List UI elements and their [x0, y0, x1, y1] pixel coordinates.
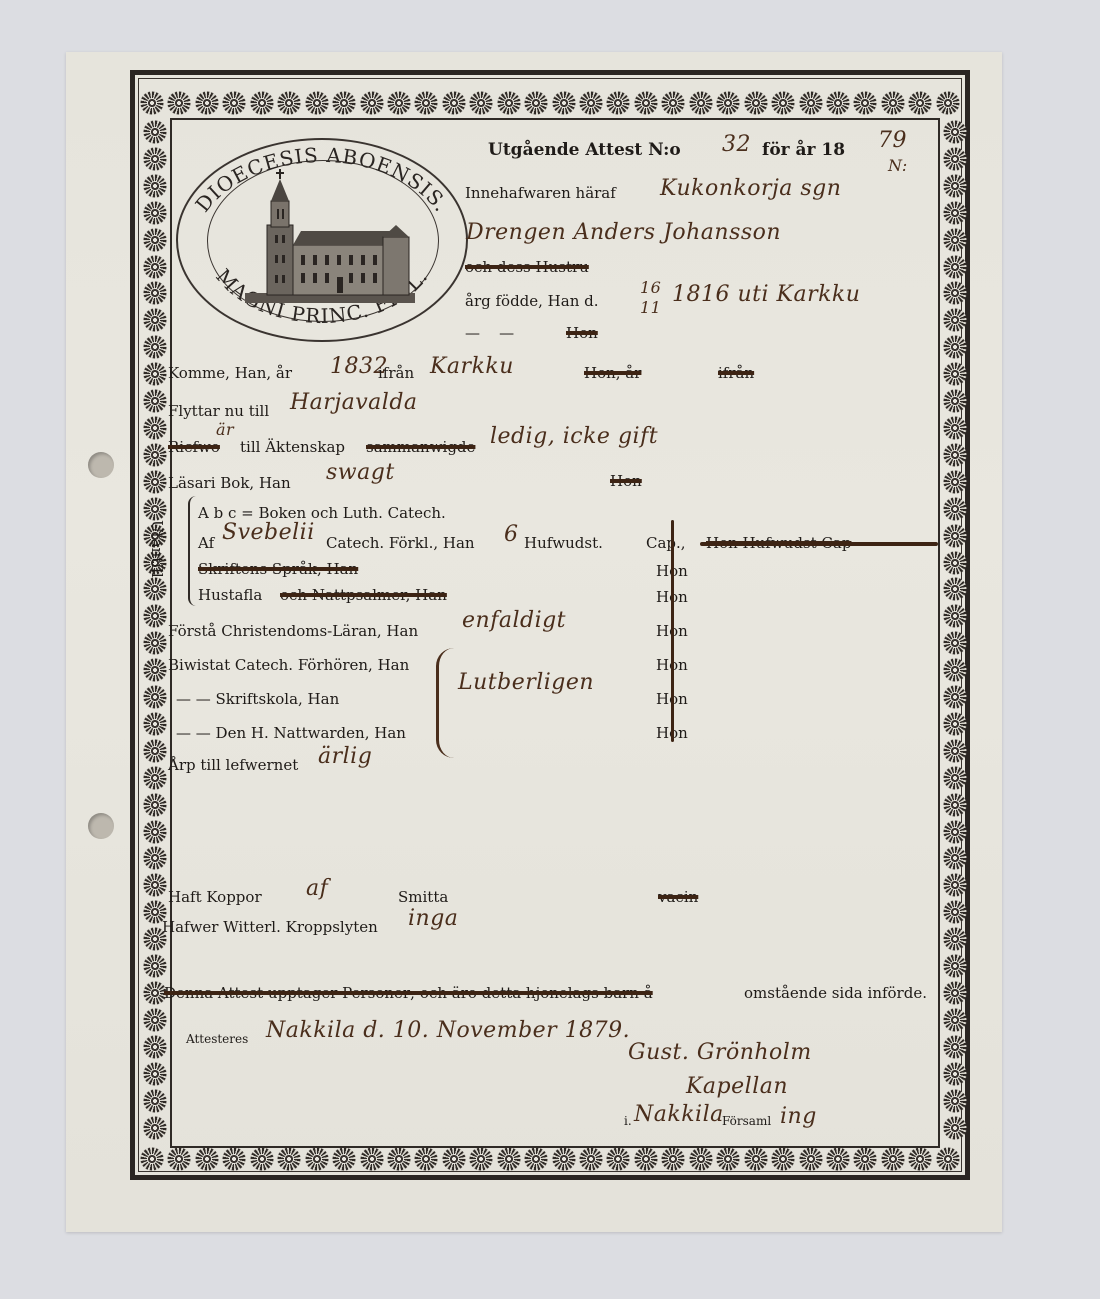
rosette-ornament-icon — [943, 577, 967, 601]
came-label: Komme, Han, år — [168, 364, 292, 382]
rosette-ornament-icon — [716, 1147, 740, 1171]
rosette-ornament-icon — [305, 91, 329, 115]
rosette-ornament-icon — [143, 308, 167, 332]
rosette-ornament-icon — [143, 954, 167, 978]
attest-number: 32 — [722, 132, 751, 157]
rosette-ornament-icon — [943, 739, 967, 763]
rosette-ornament-icon — [853, 1147, 877, 1171]
attestation-label: Attesteres — [186, 1032, 248, 1046]
rosette-ornament-icon — [143, 631, 167, 655]
rosette-ornament-icon — [497, 91, 521, 115]
rosette-ornament-icon — [360, 91, 384, 115]
rosette-ornament-icon — [552, 1147, 576, 1171]
signature-parish-label: Församl — [722, 1114, 771, 1128]
rosette-ornament-icon — [414, 1147, 438, 1171]
rosette-ornament-icon — [143, 416, 167, 440]
rosette-ornament-icon — [195, 91, 219, 115]
rosette-ornament-icon — [469, 1147, 493, 1171]
rosette-ornament-icon — [143, 389, 167, 413]
knowledge-shared-value: Lutberligen — [458, 670, 594, 695]
rosette-ornament-icon — [943, 416, 967, 440]
rosette-ornament-icon — [943, 120, 967, 144]
rosette-ornament-icon — [943, 631, 967, 655]
attest-year-note: N: — [888, 156, 908, 175]
rosette-ornament-icon — [716, 91, 740, 115]
came-from-label: ifrån — [378, 364, 414, 382]
rosette-ornament-icon — [943, 308, 967, 332]
signature-parish: Nakkila — [634, 1102, 724, 1127]
rosette-ornament-icon — [943, 281, 967, 305]
rosette-ornament-icon — [943, 685, 967, 709]
rosette-ornament-icon — [579, 1147, 603, 1171]
marriage-superscript: är — [216, 420, 234, 439]
rosette-ornament-icon — [143, 335, 167, 359]
holder-value-line1: Kukonkorja sgn — [660, 176, 841, 201]
rosette-ornament-icon — [943, 846, 967, 870]
attest-year-suffix: 79 — [878, 128, 907, 153]
rosette-ornament-icon — [943, 1062, 967, 1086]
knowledge-christendom-value: enfaldigt — [462, 608, 566, 633]
utantill-hufwudst: Hufwudst. — [524, 534, 603, 552]
utantill-item-skrift-struck: Skriftens Språk, Han — [198, 560, 358, 578]
rosette-ornament-icon — [744, 1147, 768, 1171]
rosette-ornament-icon — [167, 91, 191, 115]
signature-parish-prefix: i. — [624, 1114, 632, 1128]
rosette-ornament-icon — [442, 1147, 466, 1171]
punch-hole-top — [88, 452, 114, 478]
birth-label: årg födde, Han d. — [465, 292, 599, 310]
knowledge-nattwarden-label: — — Den H. Nattwarden, Han — [176, 724, 406, 742]
rosette-ornament-icon — [332, 1147, 356, 1171]
rosette-ornament-icon — [689, 91, 713, 115]
strike-line-cap — [700, 542, 938, 546]
hon-column-strike — [671, 520, 674, 742]
came-place: Karkku — [430, 354, 514, 379]
rosette-ornament-icon — [943, 927, 967, 951]
rosette-ornament-icon — [943, 335, 967, 359]
defects-value: inga — [408, 906, 458, 931]
rosette-ornament-icon — [943, 712, 967, 736]
birth-value: 1816 uti Karkku — [672, 282, 860, 307]
rosette-ornament-icon — [143, 174, 167, 198]
utantill-chapter-count: 6 — [504, 522, 519, 547]
birth-day: 16 — [640, 278, 661, 297]
reading-label: Läsari Bok, Han — [168, 474, 291, 492]
moving-label: Flyttar nu till — [168, 402, 269, 420]
handwritten-brace — [436, 648, 457, 758]
rosette-ornament-icon — [943, 1008, 967, 1032]
rosette-ornament-icon — [143, 1089, 167, 1113]
rosette-ornament-icon — [305, 1147, 329, 1171]
rosette-ornament-icon — [143, 1035, 167, 1059]
smallpox-smitta-label: Smitta — [398, 888, 448, 906]
signature-name: Gust. Grönholm — [628, 1040, 812, 1065]
rosette-ornament-icon — [943, 1035, 967, 1059]
rosette-ornament-icon — [634, 91, 658, 115]
rosette-ornament-icon — [167, 1147, 191, 1171]
rosette-ornament-icon — [943, 604, 967, 628]
rosette-ornament-icon — [143, 1062, 167, 1086]
rosette-ornament-icon — [943, 1089, 967, 1113]
rosette-ornament-icon — [143, 228, 167, 252]
rosette-ornament-icon — [143, 443, 167, 467]
rosette-ornament-icon — [689, 1147, 713, 1171]
rosette-ornament-icon — [469, 91, 493, 115]
rosette-ornament-icon — [497, 1147, 521, 1171]
rosette-ornament-icon — [943, 470, 967, 494]
note-line-rest: omstående sida införde. — [744, 984, 927, 1002]
reading-value: swagt — [326, 460, 395, 485]
rosette-ornament-icon — [195, 1147, 219, 1171]
marriage-struck-value: sammanwigde — [366, 438, 475, 456]
utantill-catechism-author: Svebelii — [222, 520, 315, 545]
rosette-ornament-icon — [771, 91, 795, 115]
smallpox-vacin-struck: vacin — [658, 888, 698, 906]
rosette-ornament-icon — [222, 1147, 246, 1171]
rosette-ornament-icon — [143, 281, 167, 305]
rosette-ornament-icon — [143, 604, 167, 628]
holder-label: Innehafwaren häraf — [465, 184, 616, 202]
birth-dash: — — — [465, 324, 514, 342]
rosette-ornament-icon — [143, 362, 167, 386]
rosette-ornament-icon — [881, 1147, 905, 1171]
rosette-ornament-icon — [799, 91, 823, 115]
rosette-ornament-icon — [943, 658, 967, 682]
rosette-ornament-icon — [414, 91, 438, 115]
signature-title: Kapellan — [686, 1074, 788, 1099]
punch-hole-bottom — [88, 813, 114, 839]
rosette-ornament-icon — [442, 91, 466, 115]
rosette-ornament-icon — [943, 793, 967, 817]
rosette-ornament-icon — [661, 91, 685, 115]
rosette-ornament-icon — [943, 900, 967, 924]
rosette-ornament-icon — [143, 577, 167, 601]
rosette-band-bottom — [140, 1144, 960, 1174]
note-line-struck: Denna Attest upptager Personer; och äro … — [164, 984, 653, 1002]
utantill-cap: Cap., — [646, 534, 686, 552]
attest-year-label: för år 18 — [762, 140, 845, 160]
signature-parish-suffix: ing — [780, 1104, 817, 1129]
rosette-band-right — [940, 120, 970, 1140]
defects-label: Hafwer Witterl. Kroppslyten — [162, 918, 378, 936]
smallpox-value: af — [306, 876, 328, 901]
birth-month: 11 — [640, 298, 661, 317]
rosette-ornament-icon — [143, 1116, 167, 1140]
rosette-ornament-icon — [143, 873, 167, 897]
rosette-ornament-icon — [661, 1147, 685, 1171]
rosette-ornament-icon — [943, 497, 967, 521]
utantill-item-hustafla: Hustafla — [198, 586, 262, 604]
rosette-ornament-icon — [143, 201, 167, 225]
rosette-ornament-icon — [387, 1147, 411, 1171]
birth-hon-struck: Hon — [566, 324, 598, 342]
conduct-value: ärlig — [318, 744, 372, 769]
rosette-ornament-icon — [524, 1147, 548, 1171]
utantill-catech-label: Catech. Förkl., Han — [326, 534, 475, 552]
rosette-ornament-icon — [143, 685, 167, 709]
rosette-ornament-icon — [908, 91, 932, 115]
rosette-ornament-icon — [943, 228, 967, 252]
marriage-label: till Äktenskap — [240, 438, 345, 456]
rosette-ornament-icon — [943, 201, 967, 225]
rosette-ornament-icon — [143, 766, 167, 790]
attest-title: Utgående Attest N:o — [488, 140, 681, 160]
rosette-ornament-icon — [143, 147, 167, 171]
rosette-ornament-icon — [826, 1147, 850, 1171]
rosette-ornament-icon — [853, 91, 877, 115]
utantill-item-af: Af — [198, 534, 214, 552]
spouse-label-struck: och dess Hustru — [465, 258, 589, 276]
rosette-ornament-icon — [943, 954, 967, 978]
moving-value: Harjavalda — [290, 390, 418, 415]
reading-hon-struck: Hon — [610, 472, 642, 490]
rosette-ornament-icon — [634, 1147, 658, 1171]
rosette-band-top — [140, 88, 960, 118]
rosette-ornament-icon — [943, 1116, 967, 1140]
rosette-ornament-icon — [143, 497, 167, 521]
rosette-ornament-icon — [943, 820, 967, 844]
rosette-ornament-icon — [943, 174, 967, 198]
rosette-ornament-icon — [250, 91, 274, 115]
rosette-ornament-icon — [143, 820, 167, 844]
rosette-ornament-icon — [552, 91, 576, 115]
rosette-ornament-icon — [943, 873, 967, 897]
marriage-value: ledig, icke gift — [490, 424, 658, 449]
rosette-ornament-icon — [143, 1008, 167, 1032]
rosette-ornament-icon — [140, 1147, 164, 1171]
conduct-label: Årp till lefwernet — [168, 756, 298, 774]
rosette-ornament-icon — [143, 470, 167, 494]
attestation-value: Nakkila d. 10. November 1879. — [266, 1018, 630, 1043]
smallpox-label: Haft Koppor — [168, 888, 262, 906]
rosette-ornament-icon — [143, 739, 167, 763]
rosette-ornament-icon — [277, 91, 301, 115]
church-illustration-icon — [245, 165, 415, 315]
rosette-ornament-icon — [606, 1147, 630, 1171]
rosette-ornament-icon — [881, 91, 905, 115]
came-hon-struck: Hon, år — [584, 364, 641, 382]
rosette-ornament-icon — [826, 91, 850, 115]
rosette-ornament-icon — [606, 91, 630, 115]
rosette-ornament-icon — [943, 255, 967, 279]
rosette-ornament-icon — [943, 443, 967, 467]
holder-value-line2: Drengen Anders Johansson — [466, 220, 781, 245]
rosette-ornament-icon — [143, 658, 167, 682]
rosette-ornament-icon — [771, 1147, 795, 1171]
rosette-ornament-icon — [143, 846, 167, 870]
rosette-ornament-icon — [387, 91, 411, 115]
rosette-ornament-icon — [222, 91, 246, 115]
came-from-struck: ifrån — [718, 364, 754, 382]
rosette-ornament-icon — [277, 1147, 301, 1171]
knowledge-skriftskola-label: — — Skriftskola, Han — [176, 690, 339, 708]
knowledge-forhoren-label: Biwistat Catech. Förhören, Han — [168, 656, 409, 674]
marriage-struck-prefix: Ricfwo — [168, 438, 220, 456]
utantill-hustafla-struck: och Nattpsalmer, Han — [280, 586, 447, 604]
rosette-ornament-icon — [250, 1147, 274, 1171]
rosette-ornament-icon — [143, 793, 167, 817]
rosette-ornament-icon — [943, 981, 967, 1005]
rosette-ornament-icon — [943, 524, 967, 548]
utantill-label: Utantill — [148, 520, 166, 578]
rosette-ornament-icon — [332, 91, 356, 115]
rosette-ornament-icon — [943, 551, 967, 575]
rosette-ornament-icon — [943, 147, 967, 171]
rosette-ornament-icon — [908, 1147, 932, 1171]
knowledge-christendom-label: Förstå Christendoms-Läran, Han — [168, 622, 418, 640]
rosette-ornament-icon — [744, 91, 768, 115]
rosette-ornament-icon — [936, 91, 960, 115]
rosette-ornament-icon — [579, 91, 603, 115]
rosette-ornament-icon — [143, 255, 167, 279]
rosette-ornament-icon — [943, 362, 967, 386]
rosette-ornament-icon — [360, 1147, 384, 1171]
rosette-ornament-icon — [143, 712, 167, 736]
rosette-ornament-icon — [943, 389, 967, 413]
rosette-ornament-icon — [799, 1147, 823, 1171]
rosette-ornament-icon — [143, 120, 167, 144]
rosette-ornament-icon — [524, 91, 548, 115]
rosette-ornament-icon — [943, 766, 967, 790]
rosette-ornament-icon — [936, 1147, 960, 1171]
rosette-ornament-icon — [140, 91, 164, 115]
